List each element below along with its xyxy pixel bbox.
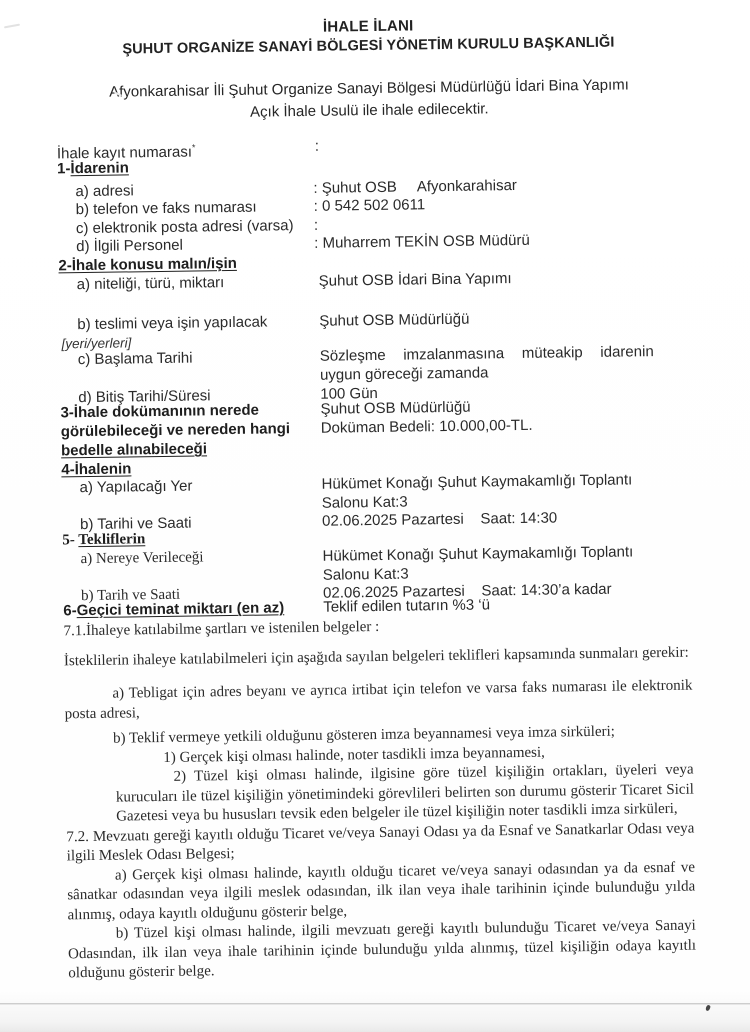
row-2c-value: Sözleşme imzalanmasına müteakip idarenin… bbox=[320, 342, 654, 385]
row-2a-label: a) niteliği, türü, miktarı bbox=[77, 273, 225, 294]
row-2b-value: Şuhut OSB Müdürlüğü bbox=[319, 310, 469, 331]
doc-subtitle-line2: Açık İhale Usulü ile ihale edilecektir. bbox=[0, 97, 744, 124]
conditions-body: 7.1.İhaleye katılabilme şartları ve iste… bbox=[63, 614, 696, 984]
section-2-heading: 2-İhale konusu malın/işin bbox=[58, 254, 237, 275]
row-2c-label: c) Başlama Tarihi bbox=[78, 349, 193, 370]
scanned-tender-document: { "header": { "line1": "İHALE İLANI", "l… bbox=[0, 0, 750, 1032]
registry-footnote-mark: * bbox=[192, 142, 196, 152]
row-4a-label: a) Yapılacağı Yer bbox=[79, 477, 192, 498]
row-2b-label: b) teslimi veya işin yapılacak bbox=[77, 312, 267, 334]
registry-number-colon: : bbox=[315, 137, 319, 156]
row-4b-value: 02.06.2025 Pazartesi Saat: 14:30 bbox=[322, 508, 557, 530]
row-1b-value: : 0 542 502 0611 bbox=[314, 195, 426, 216]
section-5-title: Tekliflerin bbox=[78, 531, 145, 548]
row-1d-label: d) İlgili Personel bbox=[76, 236, 183, 256]
paragraph-7-1-item-b2: 2) Tüzel kişi olması halinde, ilgisine g… bbox=[116, 761, 695, 828]
row-1c-value: : bbox=[314, 216, 318, 235]
row-1c-label: c) elektronik posta adresi (varsa) bbox=[76, 216, 294, 238]
section-6-title: Geçici teminat miktarı (en az) bbox=[77, 599, 285, 619]
paragraph-7-2-item-b: b) Tüzel kişi olması halinde, ilgili mev… bbox=[68, 917, 697, 984]
section-6-value: Teklif edilen tutarın %3 ‘ü bbox=[323, 595, 490, 616]
section-3-value-line1: Şuhut OSB Müdürlüğü bbox=[320, 398, 470, 419]
section-1-title: İdarenin bbox=[70, 159, 129, 177]
row-1d-value: : Muharrem TEKİN OSB Müdürü bbox=[314, 231, 530, 253]
paper-sheet: İHALE İLANI ŞUHUT ORGANİZE SANAYİ BÖLGES… bbox=[0, 0, 750, 1032]
row-4a-value: Hükümet Konağı Şuhut Kaymakamlığı Toplan… bbox=[321, 470, 655, 513]
section-6-heading: 6-Geçici teminat miktarı (en az) bbox=[63, 598, 284, 620]
paragraph-7-1-intro: İsteklilerin ihaleye katılabilmeleri içi… bbox=[64, 643, 692, 671]
section-1-heading: 1-İdarenin bbox=[57, 158, 129, 178]
section-3-value-line2: Doküman Bedeli: 10.000,00-TL. bbox=[321, 416, 533, 438]
scan-content: İHALE İLANI ŞUHUT ORGANİZE SANAYİ BÖLGES… bbox=[0, 0, 750, 1032]
paragraph-7-2-item-a: a) Gerçek kişi olması halinde, kayıtlı o… bbox=[67, 858, 696, 925]
section-4-heading: 4-İhalenin bbox=[61, 459, 131, 479]
section-6-number: 6- bbox=[63, 602, 77, 619]
scan-edge-line bbox=[0, 1003, 750, 1004]
section-1-number: 1- bbox=[57, 160, 71, 177]
row-5a-value: Hükümet Konağı Şuhut Kaymakamlığı Toplan… bbox=[322, 542, 656, 585]
section-5-number: 5- bbox=[62, 532, 78, 548]
section-3-heading-line3: bedelle alınabileceği bbox=[61, 439, 207, 460]
row-5a-label: a) Nereye Verileceği bbox=[80, 548, 203, 569]
row-1b-label: b) telefon ve faks numarası bbox=[76, 198, 257, 220]
section-3-heading-line2: görülebileceği ve nereden hangi bbox=[61, 419, 290, 441]
paragraph-7-1-item-a: a) Tebligat için adres beyanı ve ayrıca … bbox=[64, 677, 692, 725]
section-5-heading: 5- Tekliflerin bbox=[62, 530, 145, 550]
row-1a-label: a) adresi bbox=[75, 181, 134, 201]
row-2a-value: Şuhut OSB İdari Bina Yapımı bbox=[319, 269, 512, 291]
